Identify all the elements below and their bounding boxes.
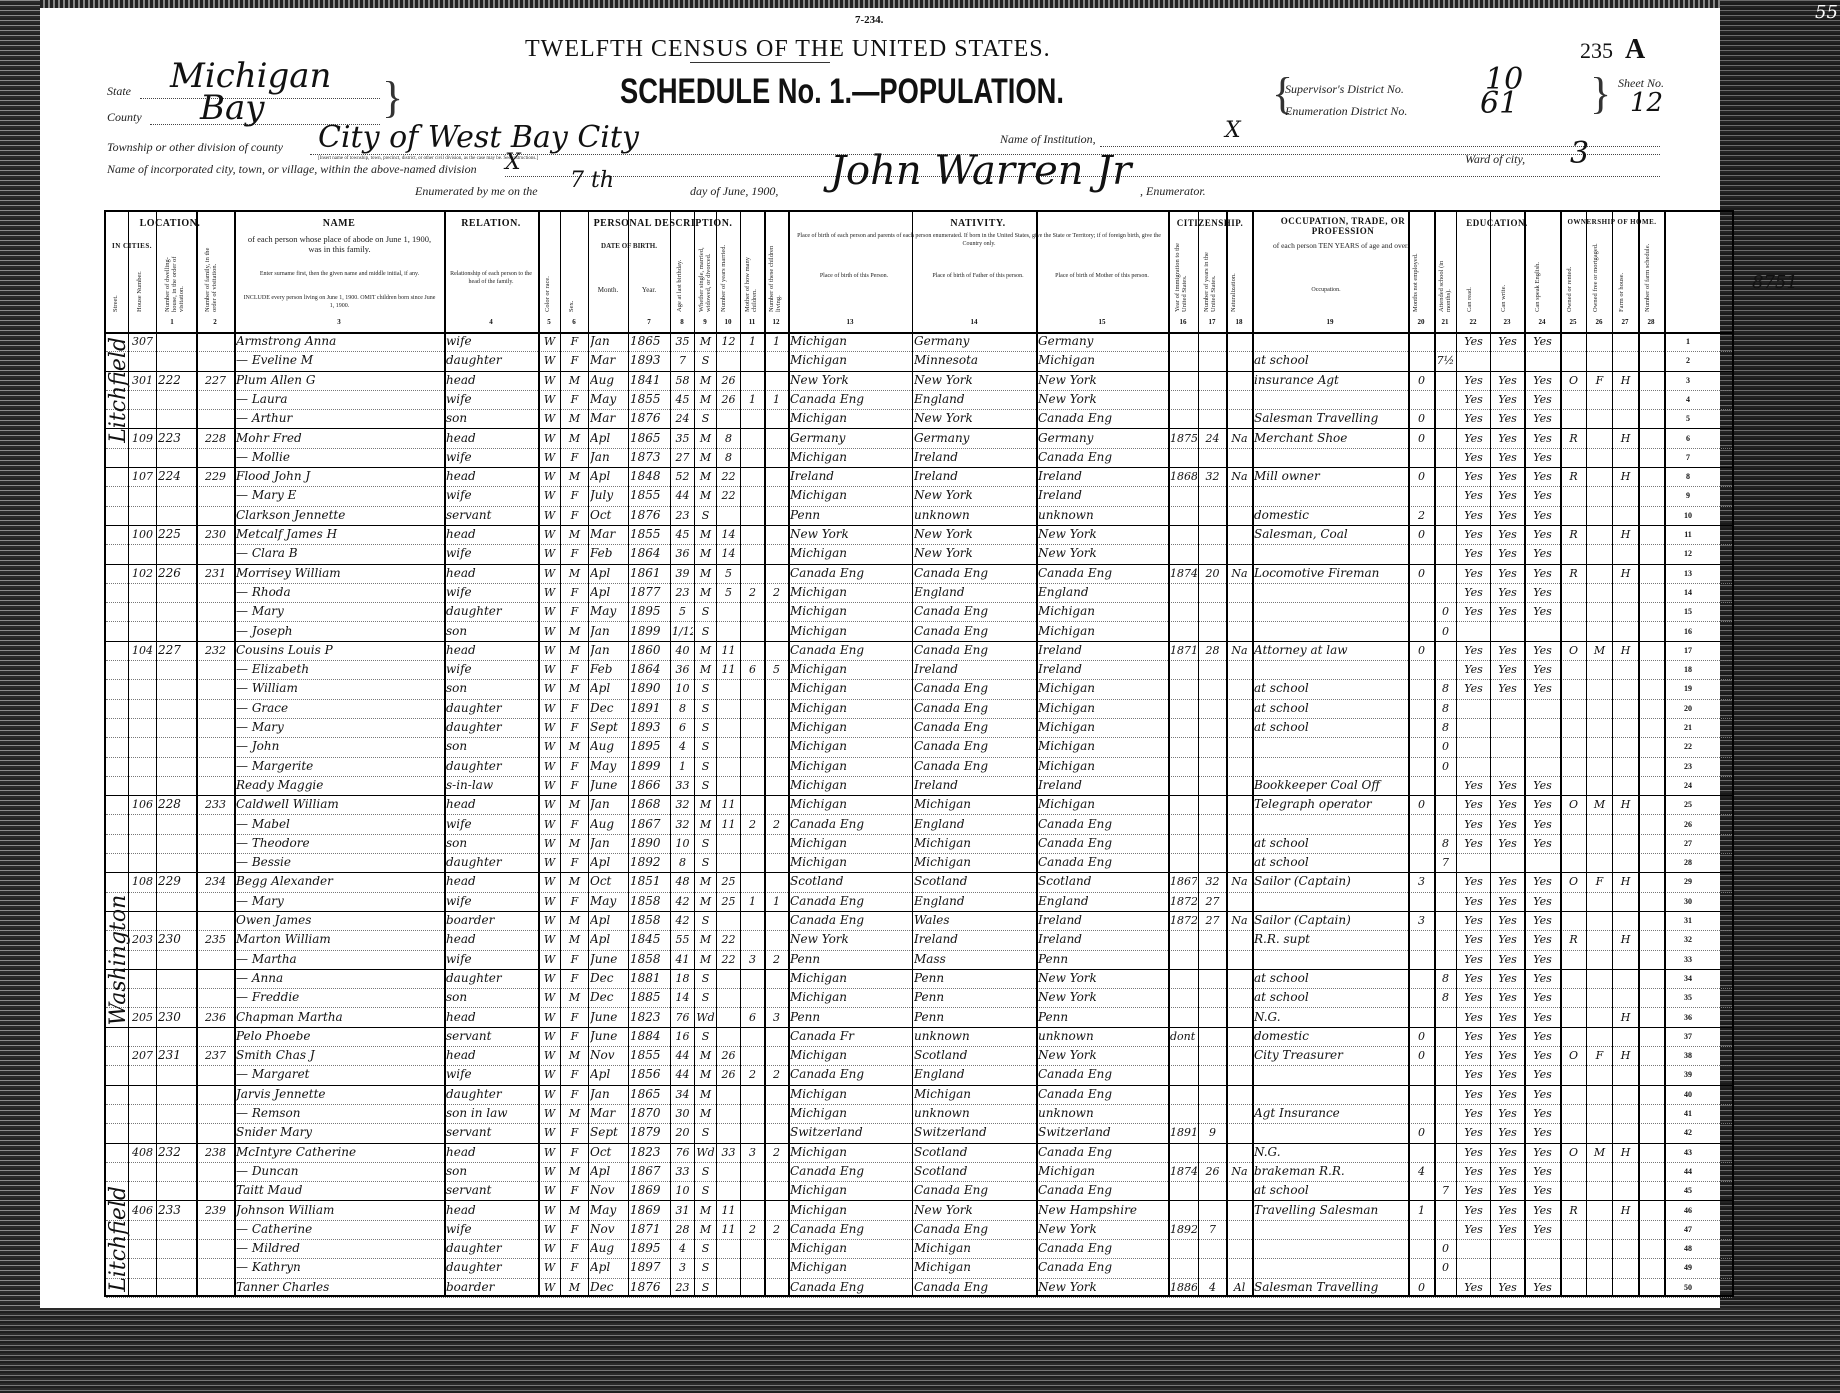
cell-mother <box>742 564 763 583</box>
cell-bp: Michigan <box>790 583 911 602</box>
cell-ym <box>718 776 739 795</box>
cell-nat <box>1228 1123 1251 1142</box>
cell-nat <box>1228 1104 1251 1123</box>
cell-ym: 26 <box>718 371 739 390</box>
table-row: 205230236Chapman MarthaheadWFJune182376W… <box>106 1008 1732 1028</box>
cell-fam: 235 <box>198 930 233 949</box>
cell-sex: F <box>562 602 587 621</box>
cell-age: 33 <box>672 1162 693 1181</box>
cell-write: Yes <box>1492 892 1523 911</box>
margin-stamp: 8751 <box>1752 272 1798 293</box>
cell-bp: Scotland <box>790 872 911 891</box>
cell-color: W <box>540 583 559 602</box>
cell-imm <box>1170 409 1197 428</box>
cell-mother <box>742 795 763 814</box>
cell-write: Yes <box>1492 776 1523 795</box>
cell-mother <box>742 506 763 525</box>
cell-fam <box>198 950 233 969</box>
cell-free <box>1588 1008 1611 1027</box>
cell-bm: Canada Eng <box>1038 834 1167 853</box>
cell-bp: Michigan <box>790 409 911 428</box>
cell-age: 39 <box>672 564 693 583</box>
column-header-label: Mother of how many children. <box>744 242 758 312</box>
column-header-label: Farm or house. <box>1618 242 1625 312</box>
cell-imm <box>1170 757 1197 776</box>
cell-bm: Michigan <box>1038 795 1167 814</box>
cell-house <box>130 409 155 428</box>
cell-fam <box>198 757 233 776</box>
column-number: 18 <box>1229 318 1249 326</box>
cell-rel: wife <box>446 660 537 679</box>
ward-value: 3 <box>1570 136 1589 171</box>
cell-age: 4 <box>672 1239 693 1258</box>
cell-mar: M <box>696 1085 715 1104</box>
cell-bm: Canada Eng <box>1038 1143 1167 1162</box>
cell-nat <box>1228 409 1251 428</box>
cell-sex: F <box>562 390 587 409</box>
cell-sex: F <box>562 486 587 505</box>
cell-age: 44 <box>672 1046 693 1065</box>
cell-imm <box>1170 351 1197 370</box>
header-year: Year. <box>628 286 670 294</box>
cell-age: 23 <box>672 506 693 525</box>
cell-rel: daughter <box>446 699 537 718</box>
cell-read <box>1458 853 1489 872</box>
cell-school <box>1436 544 1455 563</box>
column-number: 15 <box>1092 318 1112 326</box>
cell-mother <box>742 969 763 988</box>
cell-write: Yes <box>1492 1085 1523 1104</box>
cell-color: W <box>540 950 559 969</box>
table-row: 109223228Mohr FredheadWMApl186535M8Germa… <box>106 429 1732 449</box>
cell-ym: 11 <box>718 795 739 814</box>
cell-bm: New Hampshire <box>1038 1201 1167 1220</box>
cell-ym <box>718 409 739 428</box>
cell-mother <box>742 1239 763 1258</box>
cell-sex: F <box>562 699 587 718</box>
table-row: 100225230Metcalf James HheadWMMar185545M… <box>106 525 1732 545</box>
cell-house <box>130 776 155 795</box>
cell-bf: Canada Eng <box>914 718 1035 737</box>
line-number: 5 <box>1678 409 1698 428</box>
cell-unemp: 0 <box>1410 429 1433 448</box>
cell-mother <box>742 622 763 641</box>
cell-sched <box>1640 332 1663 351</box>
table-row: 107224229Flood John JheadWMApl184852M22I… <box>106 467 1732 487</box>
cell-read: Yes <box>1458 1123 1489 1142</box>
cell-own <box>1562 660 1585 679</box>
cell-speak: Yes <box>1526 602 1559 621</box>
cell-own: R <box>1562 525 1585 544</box>
cell-name: Johnson William <box>236 1201 443 1220</box>
column-number: 21 <box>1435 318 1455 326</box>
cell-yus <box>1200 525 1225 544</box>
cell-age: 6 <box>672 718 693 737</box>
cell-mar: S <box>696 969 715 988</box>
cell-bp: Penn <box>790 1008 911 1027</box>
table-row: 408232238McIntyre CatherineheadWFOct1823… <box>106 1143 1732 1163</box>
cell-bp: Penn <box>790 950 911 969</box>
cell-farm <box>1614 1239 1637 1258</box>
column-number: 1 <box>162 318 182 326</box>
table-row: — RhodawifeWFApl187723M522MichiganEnglan… <box>106 583 1732 603</box>
cell-bp: Michigan <box>790 699 911 718</box>
cell-rel: daughter <box>446 757 537 776</box>
cell-living <box>766 969 787 988</box>
cell-month: Feb <box>590 544 627 563</box>
cell-rel: wife <box>446 448 537 467</box>
cell-farm <box>1614 892 1637 911</box>
cell-mar: S <box>696 1123 715 1142</box>
table-row: Clarkson JennetteservantWFOct187623SPenn… <box>106 506 1732 526</box>
cell-year: 1867 <box>630 1162 669 1181</box>
cell-school <box>1436 506 1455 525</box>
cell-bp: Canada Eng <box>790 1162 911 1181</box>
cell-mar: S <box>696 622 715 641</box>
cell-bf: Ireland <box>914 448 1035 467</box>
line-number: 11 <box>1678 525 1698 544</box>
cell-mar: S <box>696 506 715 525</box>
cell-read: Yes <box>1458 1046 1489 1065</box>
cell-yus <box>1200 699 1225 718</box>
cell-rel: head <box>446 930 537 949</box>
cell-sched <box>1640 679 1663 698</box>
township-label: Township or other division of county <box>107 140 283 155</box>
cell-speak: Yes <box>1526 525 1559 544</box>
cell-dwell <box>158 1162 195 1181</box>
cell-free <box>1588 930 1611 949</box>
cell-dwell <box>158 390 195 409</box>
cell-year: 1864 <box>630 660 669 679</box>
cell-read: Yes <box>1458 679 1489 698</box>
cell-own <box>1562 834 1585 853</box>
cell-unemp <box>1410 448 1433 467</box>
page-id: 235A <box>1580 34 1645 66</box>
cell-nat <box>1228 1258 1251 1277</box>
cell-nat <box>1228 1008 1251 1027</box>
cell-bp: Michigan <box>790 679 911 698</box>
cell-unemp <box>1410 737 1433 756</box>
cell-ym <box>718 1104 739 1123</box>
cell-occ: at school <box>1254 969 1407 988</box>
cell-occ <box>1254 892 1407 911</box>
cell-age: 5 <box>672 602 693 621</box>
cell-dwell <box>158 1258 195 1277</box>
cell-living: 3 <box>766 1008 787 1027</box>
cell-age: 33 <box>672 776 693 795</box>
table-row: — CatherinewifeWFNov187128M1122Canada En… <box>106 1220 1732 1240</box>
cell-unemp: 0 <box>1410 1278 1433 1297</box>
line-number: 15 <box>1678 602 1698 621</box>
cell-unemp <box>1410 776 1433 795</box>
cell-imm <box>1170 583 1197 602</box>
column-header-label: Number of these children living. <box>768 242 782 312</box>
cell-school: 8 <box>1436 834 1455 853</box>
cell-bf: Michigan <box>914 1258 1035 1277</box>
cell-imm <box>1170 699 1197 718</box>
cell-living <box>766 718 787 737</box>
table-row: 301222227Plum Allen GheadWMAug184158M26N… <box>106 371 1732 391</box>
cell-nat <box>1228 834 1251 853</box>
cell-living <box>766 872 787 891</box>
cell-yus <box>1200 737 1225 756</box>
cell-house: 108 <box>130 872 155 891</box>
cell-nat: Na <box>1228 911 1251 930</box>
cell-house <box>130 757 155 776</box>
cell-imm <box>1170 1181 1197 1200</box>
scan-edge-left <box>0 0 40 1393</box>
cell-nat <box>1228 583 1251 602</box>
cell-unemp: 0 <box>1410 409 1433 428</box>
cell-write: Yes <box>1492 988 1523 1007</box>
table-row: — MolliewifeWFJan187327M8MichiganIreland… <box>106 448 1732 468</box>
table-row: — Clara BwifeWFFeb186436M14MichiganNew Y… <box>106 544 1732 564</box>
cell-sched <box>1640 564 1663 583</box>
cell-bf: Switzerland <box>914 1123 1035 1142</box>
cell-fam <box>198 834 233 853</box>
cell-sex: F <box>562 969 587 988</box>
cell-name: — Martha <box>236 950 443 969</box>
cell-mother <box>742 409 763 428</box>
cell-living: 1 <box>766 390 787 409</box>
cell-ym <box>718 1162 739 1181</box>
cell-imm: 1867 <box>1170 872 1197 891</box>
cell-month: May <box>590 892 627 911</box>
cell-dwell: 224 <box>158 467 195 486</box>
cell-color: W <box>540 506 559 525</box>
cell-write: Yes <box>1492 930 1523 949</box>
column-divider <box>1638 212 1640 1295</box>
cell-dwell <box>158 757 195 776</box>
supervisor-label: Supervisor's District No. <box>1285 82 1404 97</box>
cell-house <box>130 1239 155 1258</box>
cell-read: Yes <box>1458 525 1489 544</box>
enumerator-signature: John Warren Jr <box>830 148 1131 194</box>
cell-dwell <box>158 583 195 602</box>
cell-sched <box>1640 911 1663 930</box>
column-divider <box>1664 212 1666 1295</box>
cell-month: Jan <box>590 795 627 814</box>
cell-name: — Eveline M <box>236 351 443 370</box>
cell-age: 45 <box>672 390 693 409</box>
table-row: — DuncansonWMApl186733SCanada EngScotlan… <box>106 1162 1732 1182</box>
cell-ym: 26 <box>718 1065 739 1084</box>
cell-farm <box>1614 1085 1637 1104</box>
cell-occ: N.G. <box>1254 1143 1407 1162</box>
cell-bm: Canada Eng <box>1038 853 1167 872</box>
cell-free <box>1588 351 1611 370</box>
cell-occ: at school <box>1254 679 1407 698</box>
cell-own <box>1562 679 1585 698</box>
cell-rel: servant <box>446 1123 537 1142</box>
cell-sched <box>1640 815 1663 834</box>
cell-house <box>130 892 155 911</box>
cell-school <box>1436 1201 1455 1220</box>
cell-sex: F <box>562 1027 587 1046</box>
cell-bp: Michigan <box>790 486 911 505</box>
cell-nat <box>1228 1046 1251 1065</box>
line-number: 36 <box>1678 1008 1698 1027</box>
cell-bm: Michigan <box>1038 351 1167 370</box>
cell-read <box>1458 699 1489 718</box>
column-header-label: Can read. <box>1466 242 1473 312</box>
cell-nat <box>1228 853 1251 872</box>
cell-living <box>766 371 787 390</box>
cell-imm: 1886 <box>1170 1278 1197 1297</box>
cell-free: M <box>1588 641 1611 660</box>
cell-mar: M <box>696 429 715 448</box>
cell-mother <box>742 448 763 467</box>
cell-nat <box>1228 371 1251 390</box>
cell-bp: Canada Fr <box>790 1027 911 1046</box>
cell-farm <box>1614 718 1637 737</box>
cell-ym <box>718 506 739 525</box>
cell-sched <box>1640 1220 1663 1239</box>
cell-bf: Canada Eng <box>914 737 1035 756</box>
column-divider <box>1456 212 1457 1295</box>
cell-own <box>1562 988 1585 1007</box>
cell-farm <box>1614 1181 1637 1200</box>
cell-free <box>1588 950 1611 969</box>
cell-name: — Joseph <box>236 622 443 641</box>
cell-school <box>1436 776 1455 795</box>
cell-house <box>130 1085 155 1104</box>
cell-mother: 3 <box>742 950 763 969</box>
cell-fam: 237 <box>198 1046 233 1065</box>
cell-unemp <box>1410 660 1433 679</box>
cell-rel: wife <box>446 815 537 834</box>
cell-sex: M <box>562 795 587 814</box>
column-divider <box>1198 212 1199 1295</box>
cell-fam <box>198 969 233 988</box>
cell-sex: M <box>562 525 587 544</box>
cell-unemp <box>1410 1258 1433 1277</box>
cell-house <box>130 911 155 930</box>
cell-ym <box>718 1278 739 1297</box>
cell-read: Yes <box>1458 332 1489 351</box>
cell-bm: New York <box>1038 1220 1167 1239</box>
cell-house <box>130 660 155 679</box>
cell-occ: Salesman, Coal <box>1254 525 1407 544</box>
column-divider <box>1252 212 1254 1295</box>
cell-month: Jan <box>590 1085 627 1104</box>
line-number: 43 <box>1678 1143 1698 1162</box>
column-divider <box>156 212 157 1295</box>
cell-unemp: 1 <box>1410 1201 1433 1220</box>
cell-year: 1860 <box>630 641 669 660</box>
cell-farm <box>1614 1104 1637 1123</box>
cell-age: 35 <box>672 332 693 351</box>
cell-free <box>1588 1201 1611 1220</box>
cell-occ <box>1254 622 1407 641</box>
cell-fam <box>198 486 233 505</box>
cell-unemp: 3 <box>1410 872 1433 891</box>
cell-speak: Yes <box>1526 641 1559 660</box>
cell-yus <box>1200 544 1225 563</box>
cell-house: 207 <box>130 1046 155 1065</box>
cell-own <box>1562 622 1585 641</box>
cell-free <box>1588 409 1611 428</box>
cell-imm <box>1170 390 1197 409</box>
cell-year: 1865 <box>630 332 669 351</box>
cell-year: 1884 <box>630 1027 669 1046</box>
cell-mar: M <box>696 872 715 891</box>
cell-read: Yes <box>1458 1220 1489 1239</box>
line-number: 39 <box>1678 1065 1698 1084</box>
cell-living <box>766 1104 787 1123</box>
cell-bm: Penn <box>1038 950 1167 969</box>
cell-sched <box>1640 622 1663 641</box>
cell-mother <box>742 699 763 718</box>
cell-dwell <box>158 853 195 872</box>
cell-ym <box>718 602 739 621</box>
cell-sex: M <box>562 988 587 1007</box>
cell-yus: 24 <box>1200 429 1225 448</box>
cell-imm <box>1170 1143 1197 1162</box>
cell-mar: S <box>696 737 715 756</box>
cell-sex: F <box>562 660 587 679</box>
cell-mar: S <box>696 853 715 872</box>
cell-rel: head <box>446 872 537 891</box>
cell-year: 1869 <box>630 1181 669 1200</box>
cell-bf: Michigan <box>914 1085 1035 1104</box>
cell-free <box>1588 622 1611 641</box>
cell-read: Yes <box>1458 506 1489 525</box>
cell-write: Yes <box>1492 1027 1523 1046</box>
cell-bp: Canada Eng <box>790 1065 911 1084</box>
table-row: — MargeritedaughterWFMay18991SMichiganCa… <box>106 757 1732 777</box>
table-row: — MarywifeWFMay185842M2511Canada EngEngl… <box>106 892 1732 912</box>
cell-imm <box>1170 988 1197 1007</box>
cell-occ <box>1254 1123 1407 1142</box>
cell-year: 1892 <box>630 853 669 872</box>
cell-living <box>766 525 787 544</box>
cell-year: 1869 <box>630 1201 669 1220</box>
line-number: 42 <box>1678 1123 1698 1142</box>
cell-read: Yes <box>1458 776 1489 795</box>
cell-nat: Na <box>1228 872 1251 891</box>
cell-speak: Yes <box>1526 776 1559 795</box>
header-date-of-birth: DATE OF BIRTH. <box>588 242 670 250</box>
column-number: 17 <box>1202 318 1222 326</box>
cell-name: — Duncan <box>236 1162 443 1181</box>
cell-mar: S <box>696 718 715 737</box>
cell-bm: New York <box>1038 390 1167 409</box>
cell-yus <box>1200 371 1225 390</box>
cell-own: O <box>1562 795 1585 814</box>
cell-dwell <box>158 351 195 370</box>
cell-unemp <box>1410 1181 1433 1200</box>
cell-write: Yes <box>1492 872 1523 891</box>
cell-ym: 22 <box>718 930 739 949</box>
cell-yus <box>1200 679 1225 698</box>
cell-write: Yes <box>1492 583 1523 602</box>
cell-write: Yes <box>1492 486 1523 505</box>
column-number: 11 <box>742 318 762 326</box>
cell-school <box>1436 525 1455 544</box>
cell-bp: Michigan <box>790 737 911 756</box>
cell-mother <box>742 988 763 1007</box>
brace: } <box>382 76 403 120</box>
cell-fam <box>198 699 233 718</box>
column-number: 5 <box>539 318 559 326</box>
cell-mother: 2 <box>742 1065 763 1084</box>
form-number: 7-234. <box>855 14 883 26</box>
cell-dwell: 231 <box>158 1046 195 1065</box>
cell-mother <box>742 1258 763 1277</box>
table-row: — WilliamsonWMApl189010SMichiganCanada E… <box>106 679 1732 699</box>
cell-school <box>1436 564 1455 583</box>
